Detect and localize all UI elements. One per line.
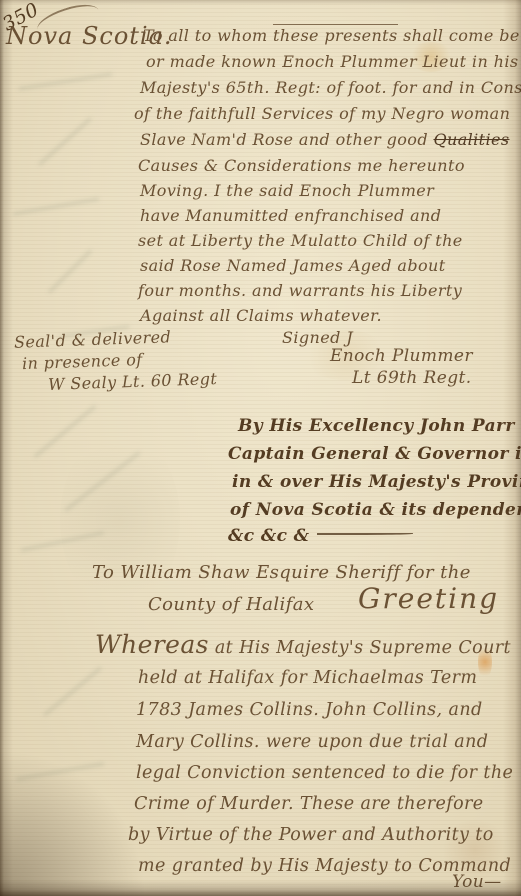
manumission-line: or made known Enoch Plummer Lieut in his xyxy=(146,52,518,71)
warrant-line: at His Majesty's Supreme Court xyxy=(209,638,511,658)
governor-line: in & over His Majesty's Province xyxy=(232,472,521,492)
governor-line: Captain General & Governor in Chief xyxy=(228,444,521,464)
warrant-line: Mary Collins. were upon due trial and xyxy=(136,732,488,752)
signature-name: Enoch Plummer xyxy=(330,346,473,366)
manumission-line: Slave Nam'd Rose and other good xyxy=(140,130,433,149)
whereas-word: Whereas xyxy=(95,630,209,659)
warrant-line: held at Halifax for Michaelmas Term xyxy=(138,668,477,688)
manumission-line-struck: Qualities xyxy=(433,130,509,149)
signed-label: Signed J xyxy=(282,328,353,347)
manumission-line: To all to whom xyxy=(143,26,273,45)
manumission-line: four months. and warrants his Liberty xyxy=(138,281,462,300)
governor-line: By His Excellency John Parr xyxy=(238,416,515,436)
manumission-line: Majesty's 65th. Regt: of foot. for and i… xyxy=(140,78,521,97)
greeting-word: Greeting xyxy=(358,582,499,615)
warrant-line: by Virtue of the Power and Authority to xyxy=(128,825,494,845)
catchword: You— xyxy=(452,872,502,892)
manumission-line: set at Liberty the Mulatto Child of the xyxy=(138,231,463,250)
manuscript-page: { "page": { "number": "350", "heading": … xyxy=(0,0,521,896)
governor-line: of Nova Scotia & its dependencies xyxy=(230,500,521,520)
manumission-line-overlined: these presents xyxy=(273,24,398,45)
manumission-line: have Manumitted enfranchised and xyxy=(140,206,441,225)
signature-rank: Lt 69th Regt. xyxy=(352,368,472,388)
pen-flourish xyxy=(317,533,413,535)
warrant-line: legal Conviction sentenced to die for th… xyxy=(136,763,513,783)
warrant-line: Crime of Murder. These are therefore xyxy=(134,794,484,814)
manumission-line: shall come be seen xyxy=(398,26,521,45)
manumission-line: of the faithfull Services of my Negro wo… xyxy=(134,104,510,123)
address-line: County of Halifax xyxy=(148,594,314,615)
manumission-line: Moving. I the said Enoch Plummer xyxy=(140,181,434,200)
manumission-line: said Rose Named James Aged about xyxy=(140,256,446,275)
governor-etcetera: &c &c & xyxy=(228,526,309,546)
warrant-line: 1783 James Collins. John Collins, and xyxy=(136,700,483,720)
manumission-line: Causes & Considerations me hereunto xyxy=(138,156,465,175)
address-line: To William Shaw Esquire Sheriff for the xyxy=(92,562,471,583)
manumission-line: Against all Claims whatever. xyxy=(140,306,382,325)
